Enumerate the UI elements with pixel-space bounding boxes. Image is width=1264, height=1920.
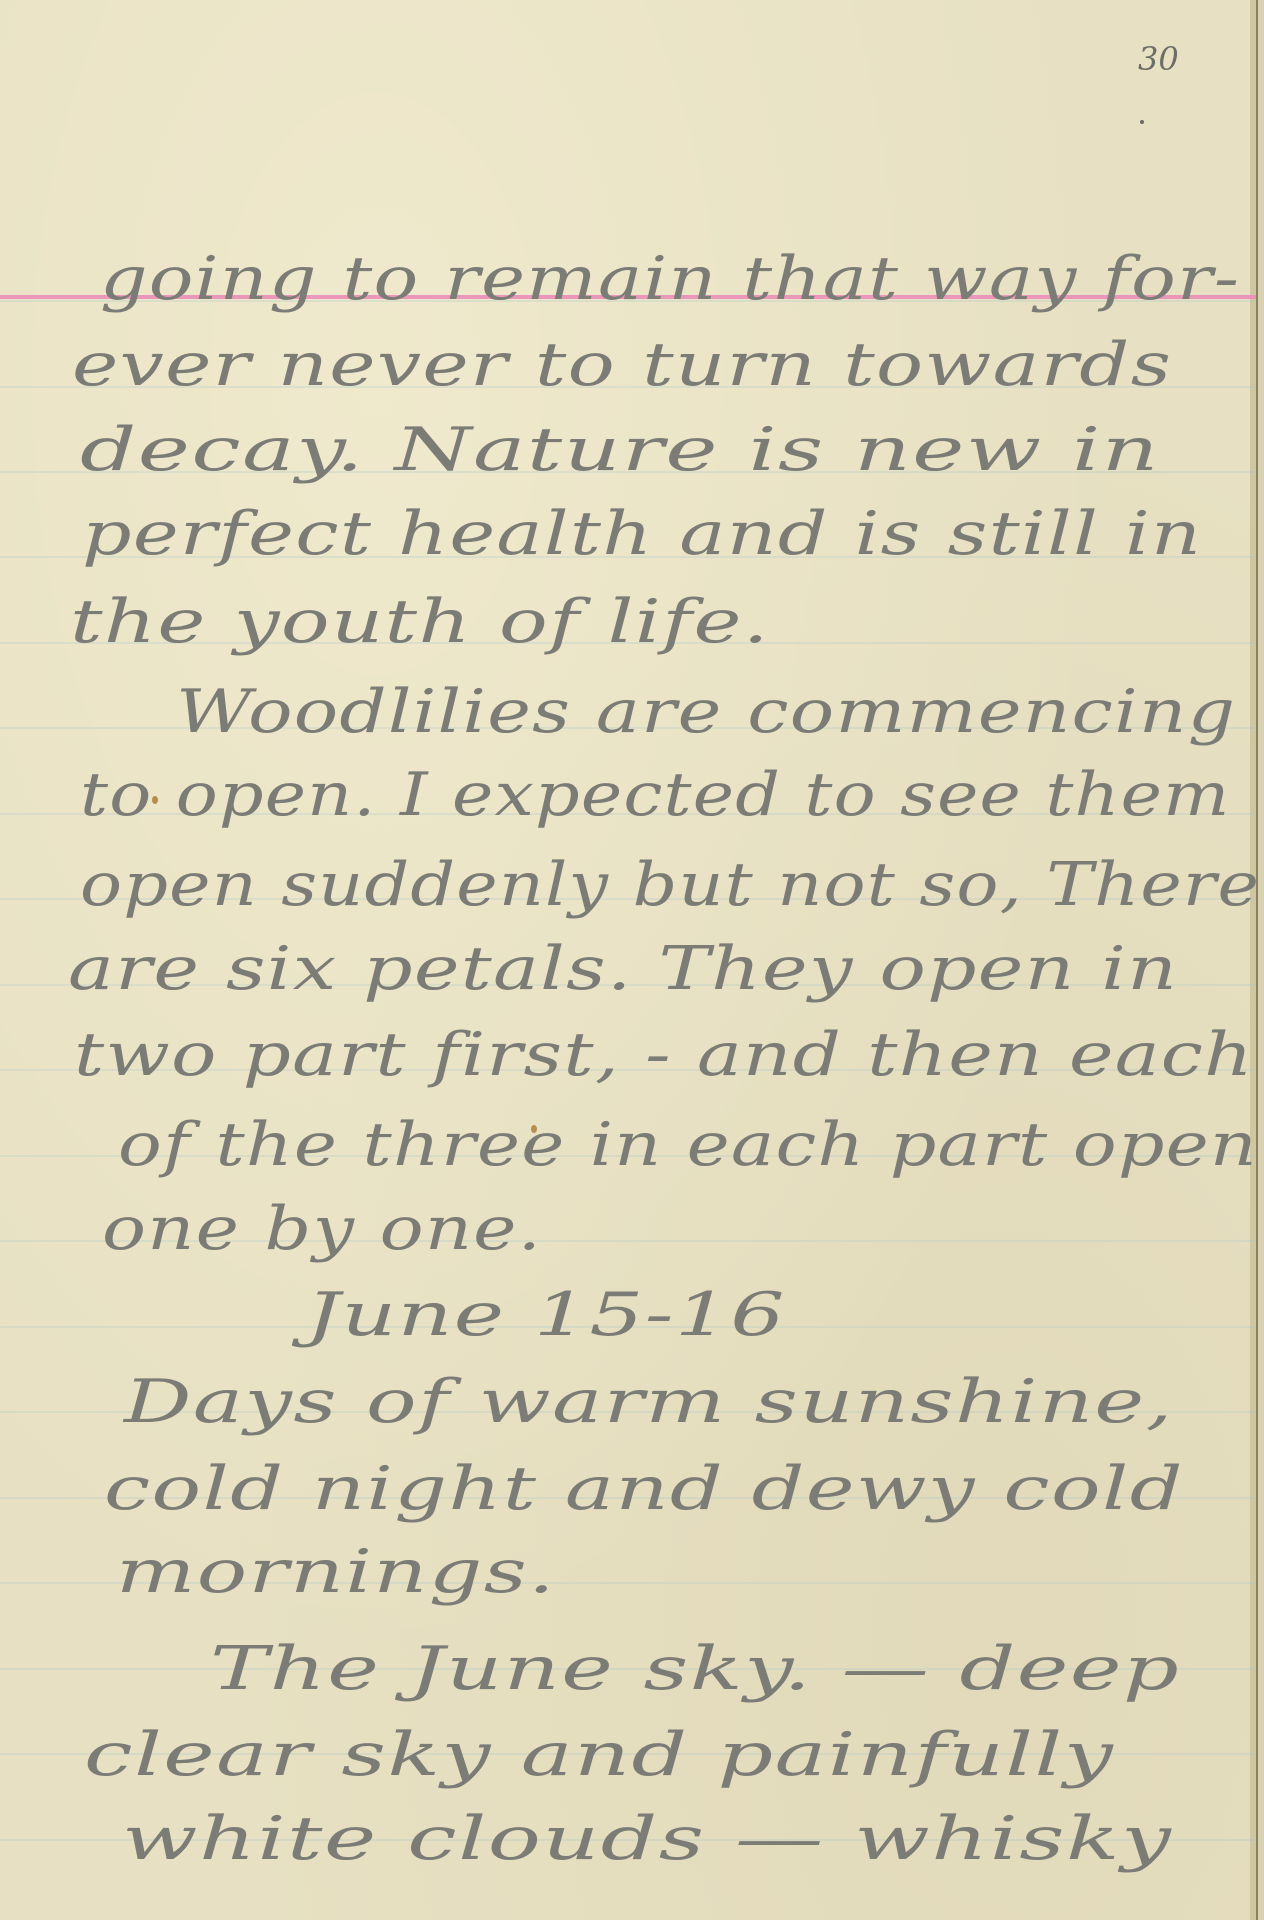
page-edge: [1250, 0, 1256, 1920]
handwritten-line: mornings.: [116, 1542, 556, 1602]
handwritten-line: are six petals. They open in: [68, 939, 1178, 999]
handwritten-line: cold night and dewy cold: [104, 1459, 1184, 1519]
handwritten-line: to open. I expected to see them: [80, 765, 1230, 825]
pencil-dot: [1140, 120, 1144, 124]
journal-page: 30 going to remain that way for- ever ne…: [0, 0, 1258, 1920]
handwritten-line: perfect health and is still in: [82, 504, 1202, 564]
handwritten-line: Days of warm sunshine,: [124, 1372, 1174, 1432]
date-heading: June 15-16: [306, 1285, 786, 1345]
handwritten-line: two part first, - and then each: [74, 1025, 1254, 1085]
handwritten-line: going to remain that way for-: [100, 249, 1240, 309]
page-number: 30: [1138, 40, 1179, 78]
handwritten-line: open suddenly but not so, There: [80, 855, 1258, 915]
handwritten-line: of the three in each part open: [118, 1115, 1258, 1175]
handwritten-line: Woodlilies are commencing: [176, 682, 1236, 742]
handwritten-line: The June sky. — deep: [210, 1639, 1180, 1699]
handwritten-line: clear sky and painfully: [84, 1725, 1114, 1785]
handwritten-line: decay. Nature is new in: [80, 420, 1160, 480]
handwritten-line: one by one.: [102, 1199, 542, 1259]
handwritten-line: white clouds — whisky: [122, 1809, 1172, 1869]
handwritten-line: the youth of life.: [70, 592, 770, 652]
handwritten-line: ever never to turn towards: [72, 335, 1172, 395]
